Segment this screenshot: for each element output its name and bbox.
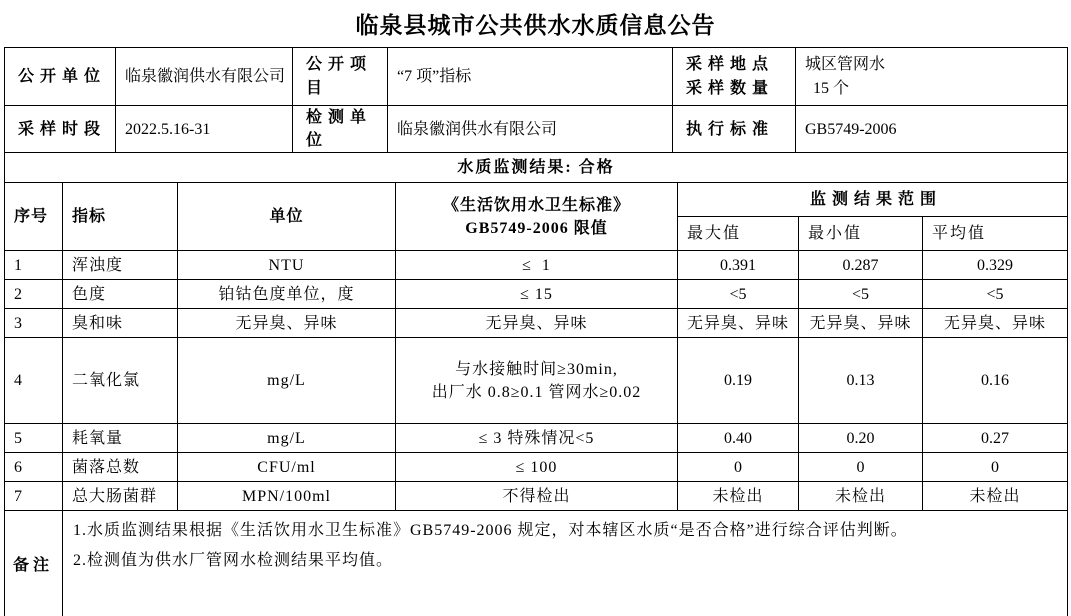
- cell-no: 7: [5, 482, 63, 511]
- test-unit-value: 临泉徽润供水有限公司: [388, 106, 673, 153]
- result-banner: 水质监测结果: 合格: [5, 153, 1068, 183]
- cell-avg: 0.27: [923, 424, 1068, 453]
- cell-unit: CFU/ml: [178, 453, 396, 482]
- sampling-period-label: 采样时段: [5, 106, 116, 153]
- results-table: 水质监测结果: 合格 序号 指标 单位 《生活饮用水卫生标准》 GB5749-2…: [4, 152, 1068, 616]
- header-min: 最小值: [799, 217, 923, 251]
- cell-unit: 铂钴色度单位，度: [178, 280, 396, 309]
- sampling-value: 城区管网水 15 个: [796, 48, 1068, 106]
- open-item-label: 公开项目: [293, 48, 388, 106]
- cell-avg: 无异臭、异味: [923, 309, 1068, 338]
- test-unit-label: 检测单位: [293, 106, 388, 153]
- cell-limit: ≤ 15: [396, 280, 678, 309]
- open-unit-label: 公开单位: [5, 48, 116, 106]
- header-avg: 平均值: [923, 217, 1068, 251]
- open-unit-value: 临泉徽润供水有限公司: [116, 48, 293, 106]
- notes-row: 备注 1.水质监测结果根据《生活饮用水卫生标准》GB5749-2006 规定，对…: [5, 511, 1068, 616]
- cell-unit: mg/L: [178, 338, 396, 424]
- header-max: 最大值: [678, 217, 799, 251]
- info-row-2: 采样时段 2022.5.16-31 检测单位 临泉徽润供水有限公司 执行标准 G…: [5, 106, 1068, 153]
- cell-avg: 0: [923, 453, 1068, 482]
- cell-indicator: 耗氧量: [63, 424, 178, 453]
- table-row: 4 二氧化氯 mg/L 与水接触时间≥30min, 出厂水 0.8≥0.1 管网…: [5, 338, 1068, 424]
- header-no: 序号: [5, 183, 63, 251]
- sampling-period-value: 2022.5.16-31: [116, 106, 293, 153]
- table-row: 7 总大肠菌群 MPN/100ml 不得检出 未检出 未检出 未检出: [5, 482, 1068, 511]
- cell-max: 0.19: [678, 338, 799, 424]
- cell-min: 0.20: [799, 424, 923, 453]
- cell-indicator: 总大肠菌群: [63, 482, 178, 511]
- cell-no: 4: [5, 338, 63, 424]
- cell-unit: 无异臭、异味: [178, 309, 396, 338]
- cell-max: 未检出: [678, 482, 799, 511]
- header-unit: 单位: [178, 183, 396, 251]
- cell-limit: ≤ 3 特殊情况<5: [396, 424, 678, 453]
- header-row-1: 序号 指标 单位 《生活饮用水卫生标准》 GB5749-2006 限值 监测结果…: [5, 183, 1068, 217]
- cell-min: 无异臭、异味: [799, 309, 923, 338]
- cell-unit: MPN/100ml: [178, 482, 396, 511]
- cell-avg: 未检出: [923, 482, 1068, 511]
- page-title: 临泉县城市公共供水水质信息公告: [0, 0, 1071, 47]
- cell-min: <5: [799, 280, 923, 309]
- cell-indicator: 菌落总数: [63, 453, 178, 482]
- header-indicator: 指标: [63, 183, 178, 251]
- cell-indicator: 浑浊度: [63, 251, 178, 280]
- cell-indicator: 色度: [63, 280, 178, 309]
- cell-max: 0.391: [678, 251, 799, 280]
- standard-value: GB5749-2006: [796, 106, 1068, 153]
- open-item-value: “7 项”指标: [388, 48, 673, 106]
- info-row-1: 公开单位 临泉徽润供水有限公司 公开项目 “7 项”指标 采样地点 采样数量 城…: [5, 48, 1068, 106]
- cell-limit: 与水接触时间≥30min, 出厂水 0.8≥0.1 管网水≥0.02: [396, 338, 678, 424]
- cell-no: 6: [5, 453, 63, 482]
- cell-limit: ≤ 100: [396, 453, 678, 482]
- table-row: 5 耗氧量 mg/L ≤ 3 特殊情况<5 0.40 0.20 0.27: [5, 424, 1068, 453]
- cell-limit: 不得检出: [396, 482, 678, 511]
- cell-no: 5: [5, 424, 63, 453]
- info-table: 公开单位 临泉徽润供水有限公司 公开项目 “7 项”指标 采样地点 采样数量 城…: [4, 47, 1068, 153]
- cell-max: 0.40: [678, 424, 799, 453]
- notes-label: 备注: [5, 511, 63, 616]
- cell-limit: ≤ 1: [396, 251, 678, 280]
- result-banner-row: 水质监测结果: 合格: [5, 153, 1068, 183]
- cell-avg: <5: [923, 280, 1068, 309]
- cell-min: 0.13: [799, 338, 923, 424]
- cell-unit: mg/L: [178, 424, 396, 453]
- cell-avg: 0.329: [923, 251, 1068, 280]
- cell-unit: NTU: [178, 251, 396, 280]
- cell-indicator: 二氧化氯: [63, 338, 178, 424]
- standard-label: 执行标准: [673, 106, 796, 153]
- cell-min: 未检出: [799, 482, 923, 511]
- header-range-group: 监测结果范围: [678, 183, 1068, 217]
- cell-max: <5: [678, 280, 799, 309]
- cell-avg: 0.16: [923, 338, 1068, 424]
- table-row: 6 菌落总数 CFU/ml ≤ 100 0 0 0: [5, 453, 1068, 482]
- table-row: 3 臭和味 无异臭、异味 无异臭、异味 无异臭、异味 无异臭、异味 无异臭、异味: [5, 309, 1068, 338]
- cell-max: 0: [678, 453, 799, 482]
- table-row: 2 色度 铂钴色度单位，度 ≤ 15 <5 <5 <5: [5, 280, 1068, 309]
- header-limit: 《生活饮用水卫生标准》 GB5749-2006 限值: [396, 183, 678, 251]
- notes-text: 1.水质监测结果根据《生活饮用水卫生标准》GB5749-2006 规定，对本辖区…: [63, 511, 1068, 616]
- cell-no: 1: [5, 251, 63, 280]
- cell-indicator: 臭和味: [63, 309, 178, 338]
- cell-max: 无异臭、异味: [678, 309, 799, 338]
- table-row: 1 浑浊度 NTU ≤ 1 0.391 0.287 0.329: [5, 251, 1068, 280]
- cell-limit: 无异臭、异味: [396, 309, 678, 338]
- cell-min: 0: [799, 453, 923, 482]
- cell-no: 3: [5, 309, 63, 338]
- cell-min: 0.287: [799, 251, 923, 280]
- sampling-label: 采样地点 采样数量: [673, 48, 796, 106]
- cell-no: 2: [5, 280, 63, 309]
